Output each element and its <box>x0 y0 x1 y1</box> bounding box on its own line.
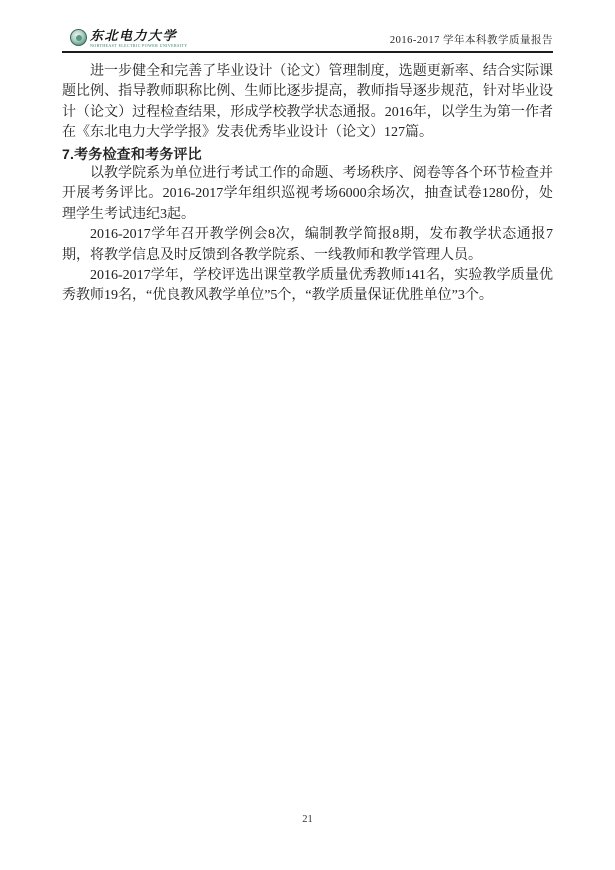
university-logo: 东北电力大学 NORTHEAST ELECTRIC POWER UNIVERSI… <box>70 29 188 48</box>
paragraph-graduation-design: 进一步健全和完善了毕业设计（论文）管理制度，选题更新率、结合实际课题比例、指导教… <box>62 62 553 144</box>
header-report-title: 2016-2017 学年本科教学质量报告 <box>390 32 553 47</box>
page-header: 东北电力大学 NORTHEAST ELECTRIC POWER UNIVERSI… <box>62 28 553 53</box>
document-body: 进一步健全和完善了毕业设计（论文）管理制度，选题更新率、结合实际课题比例、指导教… <box>62 62 553 307</box>
university-name-english: NORTHEAST ELECTRIC POWER UNIVERSITY <box>90 43 188 48</box>
emblem-core-icon <box>76 35 82 41</box>
paragraph-exam-inspection: 以教学院系为单位进行考试工作的命题、考场秩序、阅卷等各个环节检查并开展考务评比。… <box>62 164 553 225</box>
university-emblem-icon <box>70 29 87 46</box>
paragraph-quality-awards: 2016-2017学年，学校评选出课堂教学质量优秀教师141名，实验教学质量优秀… <box>62 266 553 307</box>
section-heading-exam-inspection: 7.考务检查和考务评比 <box>62 144 553 164</box>
university-name-chinese: 东北电力大学 <box>90 29 188 43</box>
paragraph-teaching-meetings: 2016-2017学年召开教学例会8次，编制教学简报8期，发布教学状态通报7期，… <box>62 225 553 266</box>
document-page: 东北电力大学 NORTHEAST ELECTRIC POWER UNIVERSI… <box>0 0 615 870</box>
page-number: 21 <box>0 814 615 825</box>
logo-text-block: 东北电力大学 NORTHEAST ELECTRIC POWER UNIVERSI… <box>90 29 188 48</box>
